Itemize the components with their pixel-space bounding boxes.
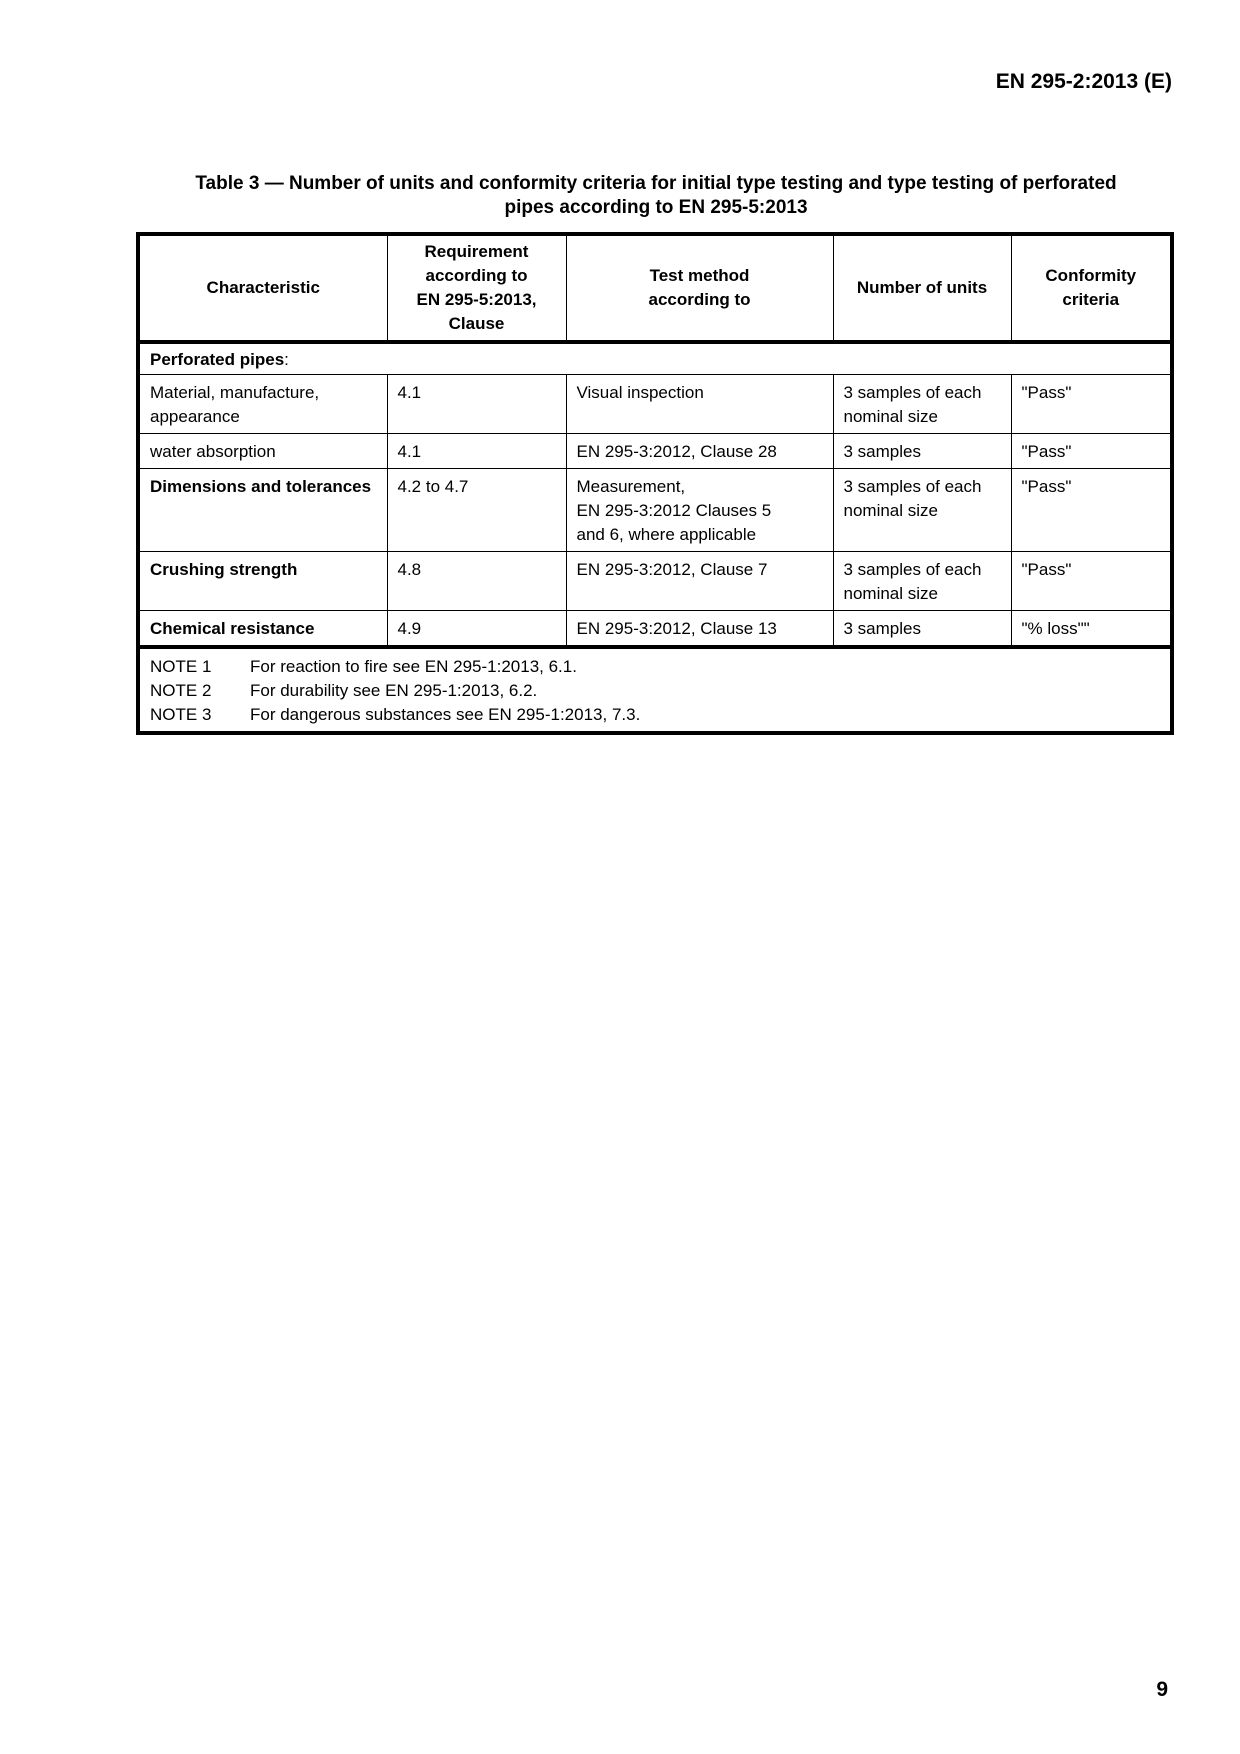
table-row: Chemical resistance 4.9 EN 295-3:2012, C… (138, 611, 1172, 648)
caption-line-1: Table 3 — Number of units and conformity… (136, 172, 1176, 196)
cell-test-method: EN 295-3:2012, Clause 28 (566, 434, 833, 469)
cell-test-method: Measurement, EN 295-3:2012 Clauses 5 and… (566, 469, 833, 552)
test-method-line: EN 295-3:2012 Clauses 5 (577, 499, 823, 523)
caption-line-2: pipes according to EN 295-5:2013 (136, 196, 1176, 220)
cell-characteristic: water absorption (138, 434, 387, 469)
table-row: water absorption 4.1 EN 295-3:2012, Clau… (138, 434, 1172, 469)
cell-units: 3 samples (833, 611, 1011, 648)
note-text: For reaction to fire see EN 295-1:2013, … (250, 655, 577, 679)
cell-test-method: Visual inspection (566, 375, 833, 434)
note-label: NOTE 1 (150, 655, 250, 679)
header-line: according to (394, 264, 560, 288)
page-number: 9 (1156, 1678, 1168, 1702)
conformity-table: Characteristic Requirement according to … (136, 232, 1174, 735)
cell-units: 3 samples of each nominal size (833, 552, 1011, 611)
section-label-text: Perforated pipes (150, 350, 284, 369)
header-line: Clause (394, 312, 560, 336)
cell-units: 3 samples (833, 434, 1011, 469)
header-line: EN 295-5:2013, (394, 288, 560, 312)
cell-units: 3 samples of each nominal size (833, 375, 1011, 434)
header-characteristic: Characteristic (138, 234, 387, 342)
cell-clause: 4.9 (387, 611, 566, 648)
cell-criteria: "% loss"" (1011, 611, 1172, 648)
cell-criteria: "Pass" (1011, 434, 1172, 469)
note-text: For dangerous substances see EN 295-1:20… (250, 703, 640, 727)
cell-units: 3 samples of each nominal size (833, 469, 1011, 552)
table-row: Crushing strength 4.8 EN 295-3:2012, Cla… (138, 552, 1172, 611)
cell-criteria: "Pass" (1011, 469, 1172, 552)
header-requirement: Requirement according to EN 295-5:2013, … (387, 234, 566, 342)
cell-characteristic: Crushing strength (138, 552, 387, 611)
note-text: For durability see EN 295-1:2013, 6.2. (250, 679, 537, 703)
section-label: Perforated pipes: (138, 342, 1172, 375)
note-3: NOTE 3For dangerous substances see EN 29… (150, 703, 1160, 727)
note-label: NOTE 2 (150, 679, 250, 703)
table-header-row: Characteristic Requirement according to … (138, 234, 1172, 342)
test-method-line: and 6, where applicable (577, 523, 823, 547)
cell-characteristic: Material, manufacture, appearance (138, 375, 387, 434)
cell-test-method: EN 295-3:2012, Clause 7 (566, 552, 833, 611)
header-test-method: Test method according to (566, 234, 833, 342)
cell-test-method: EN 295-3:2012, Clause 13 (566, 611, 833, 648)
header-line: Conformity (1018, 264, 1165, 288)
table-notes: NOTE 1For reaction to fire see EN 295-1:… (138, 647, 1172, 733)
header-number-of-units: Number of units (833, 234, 1011, 342)
cell-clause: 4.2 to 4.7 (387, 469, 566, 552)
note-1: NOTE 1For reaction to fire see EN 295-1:… (150, 655, 1160, 679)
note-label: NOTE 3 (150, 703, 250, 727)
document-id: EN 295-2:2013 (E) (996, 70, 1172, 94)
table-row: Dimensions and tolerances 4.2 to 4.7 Mea… (138, 469, 1172, 552)
cell-clause: 4.1 (387, 375, 566, 434)
header-conformity-criteria: Conformity criteria (1011, 234, 1172, 342)
header-line: Test method (573, 264, 827, 288)
header-line: criteria (1018, 288, 1165, 312)
test-method-line: Measurement, (577, 475, 823, 499)
cell-clause: 4.8 (387, 552, 566, 611)
cell-characteristic: Chemical resistance (138, 611, 387, 648)
header-line: Requirement (394, 240, 560, 264)
section-row: Perforated pipes: (138, 342, 1172, 375)
cell-characteristic: Dimensions and tolerances (138, 469, 387, 552)
table-row: Material, manufacture, appearance 4.1 Vi… (138, 375, 1172, 434)
cell-criteria: "Pass" (1011, 375, 1172, 434)
table-caption: Table 3 — Number of units and conformity… (136, 172, 1176, 220)
notes-row: NOTE 1For reaction to fire see EN 295-1:… (138, 647, 1172, 733)
note-2: NOTE 2For durability see EN 295-1:2013, … (150, 679, 1160, 703)
cell-clause: 4.1 (387, 434, 566, 469)
header-line: according to (573, 288, 827, 312)
section-colon: : (284, 350, 289, 369)
cell-criteria: "Pass" (1011, 552, 1172, 611)
